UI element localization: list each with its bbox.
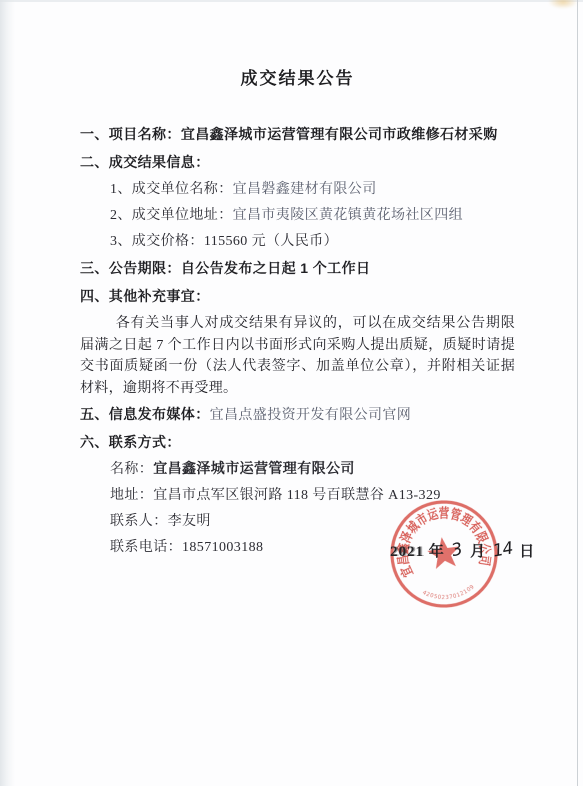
deal-price-label: 3、成交价格： [110,234,204,249]
deal-price-value: 115560 元（人民币） [204,234,338,249]
deal-price-line: 3、成交价格：115560 元（人民币） [80,229,515,255]
announcement-period-label: 三、公告期限： [80,260,181,276]
date-year: 2021 [390,544,424,560]
contact-person-line: 联系人：李友明 [80,509,515,535]
section-result-info: 二、成交结果信息： [80,149,515,177]
page-title: 成交结果公告 [80,64,515,89]
objection-paragraph: 各有关当事人对成交结果有异议的，可以在成交结果公告期限届满之日起 7 个工作日内… [80,313,515,399]
date-year-unit: 年 [429,544,445,560]
date-month-handwritten: 3 [449,539,465,561]
svg-text:42050237012109: 42050237012109 [421,583,477,605]
date-day-handwritten: 14 [491,538,514,561]
contact-name-line: 名称：宜昌鑫泽城市运营管理有限公司 [80,457,515,483]
section-contact: 六、联系方式： [80,429,515,457]
contact-address-value: 宜昌市点军区银河路 118 号百联慧谷 A13-329 [153,488,441,503]
contact-phone-value: 18571003188 [182,540,263,555]
contact-name-value: 宜昌鑫泽城市运营管理有限公司 [153,462,355,477]
project-name-value: 宜昌鑫泽城市运营管理有限公司市政维修石材采购 [181,126,498,142]
contact-address-line: 地址：宜昌市点军区银河路 118 号百联慧谷 A13-329 [80,483,515,509]
announcement-period-value: 自公告发布之日起 1 个工作日 [181,260,371,276]
winner-address-value: 宜昌市夷陵区黄花镇黄花场社区四组 [233,208,463,223]
result-info-label: 二、成交结果信息： [80,154,210,170]
section-project-name: 一、项目名称：宜昌鑫泽城市运营管理有限公司市政维修石材采购 [80,121,515,149]
winner-name-line: 1、成交单位名称：宜昌磐鑫建材有限公司 [80,177,515,203]
document-body: 成交结果公告 一、项目名称：宜昌鑫泽城市运营管理有限公司市政维修石材采购 二、成… [0,0,583,561]
contact-person-label: 联系人： [110,514,168,529]
section-publish-media: 五、信息发布媒体：宜昌点盛投资开发有限公司官网 [80,401,515,429]
date-stamp: 2021 年 3 月 14 日 [390,540,535,561]
winner-name-label: 1、成交单位名称： [110,182,233,197]
date-month-unit: 月 [470,544,486,560]
publish-media-label: 五、信息发布媒体： [80,406,210,422]
winner-address-line: 2、成交单位地址：宜昌市夷陵区黄花镇黄花场社区四组 [80,203,515,229]
winner-name-value: 宜昌磐鑫建材有限公司 [233,182,377,197]
section-announcement-period: 三、公告期限：自公告发布之日起 1 个工作日 [80,255,515,283]
publish-media-value: 宜昌点盛投资开发有限公司官网 [210,408,412,423]
date-day-unit: 日 [519,544,535,560]
project-name-label: 一、项目名称： [80,126,181,142]
contact-phone-label: 联系电话： [110,540,182,555]
contact-address-label: 地址： [110,488,153,503]
section-other-matters: 四、其他补充事宜： [80,283,515,311]
scanned-document-page: 成交结果公告 一、项目名称：宜昌鑫泽城市运营管理有限公司市政维修石材采购 二、成… [0,0,583,786]
contact-name-label: 名称： [110,462,153,477]
seal-code-text: 42050237012109 [421,583,477,605]
contact-person-value: 李友明 [168,514,211,529]
contact-section-label: 六、联系方式： [80,434,181,450]
winner-address-label: 2、成交单位地址： [110,208,233,223]
other-matters-label: 四、其他补充事宜： [80,288,210,304]
